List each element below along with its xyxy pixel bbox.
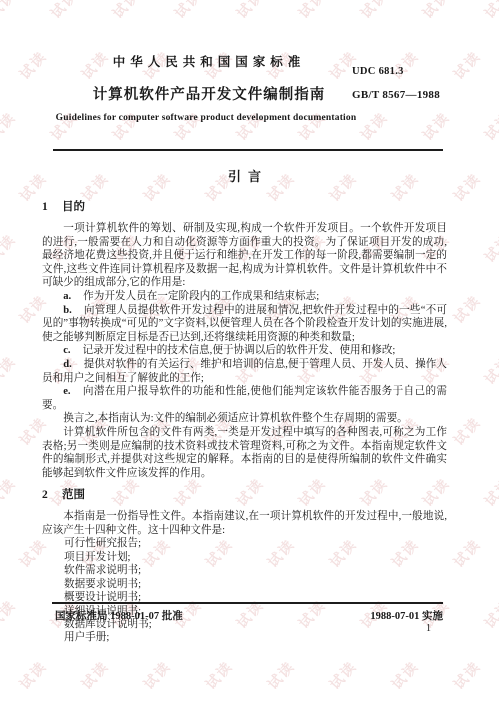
- list-item-a-label: a.: [63, 291, 71, 302]
- intro-heading: 引言: [42, 166, 447, 185]
- section-1-heading: 1目的: [42, 198, 447, 214]
- list-item-b-label: b.: [63, 305, 72, 316]
- list-item-e-text: 向潜在用户报导软件的功能和性能,使他们能判定该软件能否服务于自己的需要。: [42, 386, 447, 411]
- list-item-e: e.向潜在用户报导软件的功能和性能,使他们能判定该软件能否服务于自己的需要。: [42, 385, 447, 412]
- list-item-c-label: c.: [63, 345, 70, 356]
- list-item-a-text: 作为开发人员在一定阶段内的工作成果和结束标志;: [83, 291, 319, 302]
- list-item-d: d.提供对软件的有关运行、维护和培训的信息,便于管理人员、开发人员、操作人员和用…: [42, 358, 447, 385]
- english-title: Guidelines for computer software product…: [0, 113, 412, 123]
- section-2-title: 范围: [62, 489, 85, 501]
- header-divider: [53, 149, 443, 151]
- section-1-title: 目的: [62, 201, 85, 213]
- standard-number: GB/T 8567—1988: [352, 89, 440, 101]
- list-item-d-text: 提供对软件的有关运行、维护和培训的信息,便于管理人员、开发人员、操作人员和用户之…: [42, 359, 447, 384]
- section-2-number: 2: [42, 489, 50, 501]
- standard-document-page: 试读试读试读试读试读试读试读试读试读试读试读试读试读试读试读试读试读试读试读试读…: [0, 0, 499, 706]
- section-1-closing-paragraph: 换言之,本指南认为:文件的编制必须适应计算机软件整个生存周期的需要。: [42, 412, 447, 426]
- document-body: 引言 1目的 一项计算机软件的筹划、研制及实现,构成一个软件开发项目。一个软件开…: [42, 166, 447, 645]
- doc-list-item: 数据要求说明书;: [64, 578, 447, 591]
- section-2-paragraph: 本指南是一份指导性文件。本指南建议,在一项计算机软件的开发过程中,一般地说,应该…: [42, 510, 447, 537]
- list-item-a: a.作为开发人员在一定阶段内的工作成果和结束标志;: [42, 290, 447, 304]
- list-item-c: c.记录开发过程中的技术信息,便于协调以后的软件开发、使用和修改;: [42, 344, 447, 358]
- list-item-d-label: d.: [63, 359, 72, 370]
- section-1-number: 1: [42, 201, 50, 213]
- page-content: 中华人民共和国国家标准 UDC 681.3 计算机软件产品开发文件编制指南 GB…: [0, 0, 499, 706]
- list-item-b-text: 向管理人员提供软件开发过程中的进展和情况,把软件开发过程中的一些“不可见的”事物…: [42, 305, 447, 343]
- doc-list-item: 软件需求说明书;: [64, 564, 447, 577]
- doc-list-item: 用户手册;: [64, 631, 447, 644]
- list-item-e-label: e.: [63, 386, 70, 397]
- document-type-list: 可行性研究报告; 项目开发计划; 软件需求说明书; 数据要求说明书; 概要设计说…: [42, 537, 447, 644]
- list-item-c-text: 记录开发过程中的技术信息,便于协调以后的软件开发、使用和修改;: [83, 345, 396, 356]
- approval-text: 国家标准局 1988-01-07 批准: [55, 608, 183, 623]
- doc-list-item: 可行性研究报告;: [64, 537, 447, 550]
- footer-divider: [52, 602, 443, 604]
- page-number: 1: [426, 623, 431, 634]
- implementation-text: 1988-07-01 实施: [370, 608, 443, 623]
- section-1-final-paragraph: 计算机软件所包含的文件有两类,一类是开发过程中填写的各种图表,可称之为工作表格;…: [42, 426, 447, 480]
- section-1-paragraph: 一项计算机软件的筹划、研制及实现,构成一个软件开发项目。一个软件开发项目的进行,…: [42, 222, 447, 290]
- section-2-heading: 2范围: [42, 486, 447, 502]
- doc-list-item: 项目开发计划;: [64, 551, 447, 564]
- list-item-b: b.向管理人员提供软件开发过程中的进展和情况,把软件开发过程中的一些“不可见的”…: [42, 304, 447, 345]
- udc-number: UDC 681.3: [352, 66, 404, 77]
